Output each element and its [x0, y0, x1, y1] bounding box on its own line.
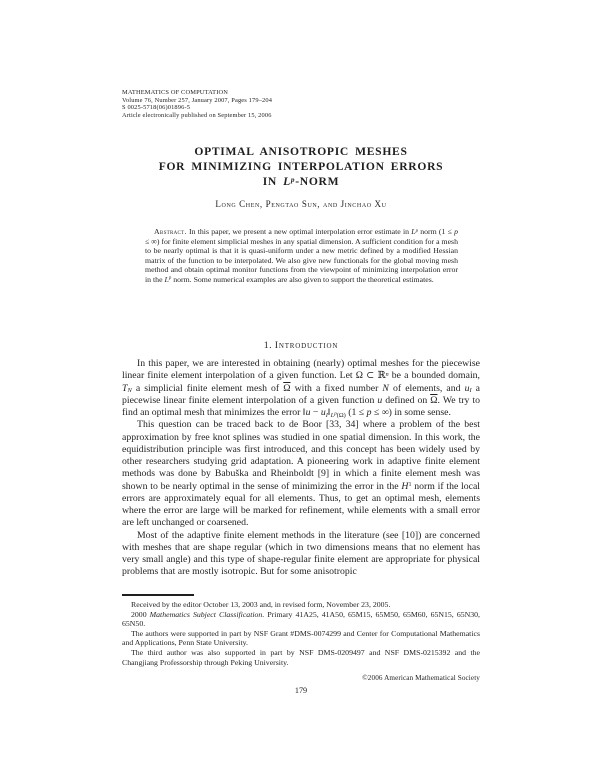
- journal-name: MATHEMATICS OF COMPUTATION: [122, 89, 480, 97]
- authors-line: Long Chen, Pengtao Sun, and Jinchao Xu: [122, 199, 480, 209]
- footnote-received: Received by the editor October 13, 2003 …: [122, 600, 480, 610]
- footnotes-block: Received by the editor October 13, 2003 …: [122, 600, 480, 667]
- journal-issn-line: S 0025-5718(06)01896-5: [122, 104, 480, 112]
- copyright-line: ©2006 American Mathematical Society: [122, 674, 480, 682]
- footnote-support-authors: The authors were supported in part by NS…: [122, 629, 480, 648]
- paper-title: OPTIMAL ANISOTROPIC MESHES FOR MINIMIZIN…: [122, 144, 480, 189]
- intro-paragraph-3: Most of the adaptive finite element meth…: [122, 530, 480, 579]
- abstract-text: Abstract. In this paper, we present a ne…: [145, 227, 458, 284]
- title-line-1: OPTIMAL ANISOTROPIC MESHES: [122, 144, 480, 159]
- section-heading-introduction: 1. Introduction: [122, 340, 480, 351]
- journal-header: MATHEMATICS OF COMPUTATION Volume 76, Nu…: [122, 89, 480, 120]
- title-line-3: IN Lp-NORM: [122, 174, 480, 189]
- introduction-body: In this paper, we are interested in obta…: [122, 358, 480, 579]
- title-line-2: FOR MINIMIZING INTERPOLATION ERRORS: [122, 159, 480, 174]
- journal-published-line: Article electronically published on Sept…: [122, 112, 480, 120]
- footnote-msc: 2000 Mathematics Subject Classification.…: [122, 610, 480, 629]
- journal-volume-line: Volume 76, Number 257, January 2007, Pag…: [122, 97, 480, 105]
- intro-paragraph-2: This question can be traced back to de B…: [122, 419, 480, 529]
- footnote-support-third-author: The third author was also supported in p…: [122, 648, 480, 667]
- page-number: 179: [122, 686, 480, 695]
- journal-page: MATHEMATICS OF COMPUTATION Volume 76, Nu…: [0, 0, 600, 776]
- footnote-rule: [122, 594, 194, 596]
- intro-paragraph-1: In this paper, we are interested in obta…: [122, 358, 480, 419]
- abstract-section: Abstract. In this paper, we present a ne…: [145, 227, 458, 284]
